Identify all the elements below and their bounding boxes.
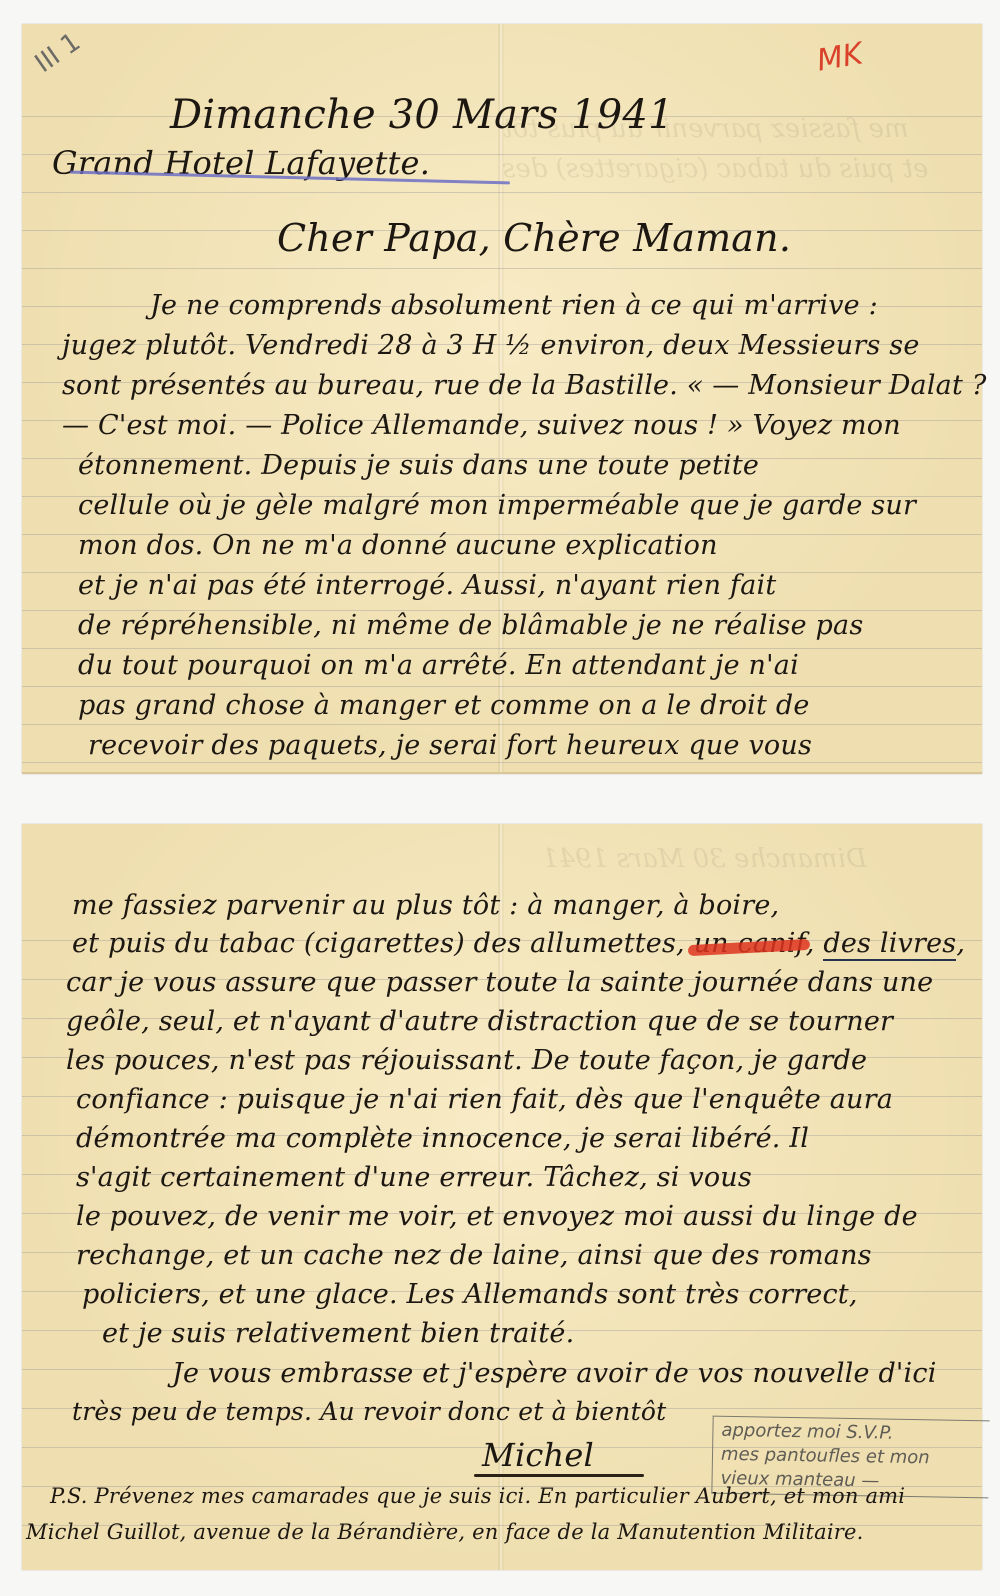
body-line: sont présentés au bureau, rue de la Bast… <box>62 370 987 401</box>
ruled-line <box>22 648 982 649</box>
body-line: pas grand chose à manger et comme on a l… <box>78 690 810 721</box>
body-line: démontrée ma complète innocence, je sera… <box>76 1123 809 1154</box>
body-line-with-edits: et puis du tabac (cigarettes) des allume… <box>72 928 965 959</box>
text-segment: , <box>956 928 965 959</box>
letter-page-1: me fassiez parvenir au plus tôt et puis … <box>22 24 982 774</box>
ruled-line <box>22 686 982 687</box>
body-line: s'agit certainement d'une erreur. Tâchez… <box>76 1162 752 1193</box>
text-segment: et puis du tabac (cigarettes) des allume… <box>72 928 694 959</box>
body-line: très peu de temps. Au revoir donc et à b… <box>72 1397 666 1426</box>
red-initials: MK <box>814 36 865 78</box>
ruled-line <box>22 724 982 725</box>
body-line: et je suis relativement bien traité. <box>102 1318 574 1349</box>
body-line: — C'est moi. — Police Allemande, suivez … <box>62 410 901 441</box>
salutation: Cher Papa, Chère Maman. <box>277 216 791 260</box>
body-line: le pouvez, de venir me voir, et envoyez … <box>76 1201 918 1232</box>
underlined-text: des livres <box>823 928 956 961</box>
letter-page-2: Dimanche 30 Mars 1941 me fassiez parveni… <box>22 824 982 1570</box>
ruled-line <box>22 192 982 193</box>
body-line: et je n'ai pas été interrogé. Aussi, n'a… <box>78 570 776 601</box>
ruled-line <box>22 268 982 269</box>
postscript-line: Michel Guillot, avenue de la Bérandière,… <box>26 1520 864 1544</box>
body-line: confiance : puisque je n'ai rien fait, d… <box>76 1084 893 1115</box>
body-line: rechange, et un cache nez de laine, ains… <box>76 1240 872 1271</box>
body-line: jugez plutôt. Vendredi 28 à 3 H ½ enviro… <box>62 330 920 361</box>
ruled-line <box>22 762 982 763</box>
body-line: Je ne comprends absolument rien à ce qui… <box>150 290 878 321</box>
body-line: recevoir des paquets, je serai fort heur… <box>88 730 812 761</box>
body-line: du tout pourquoi on m'a arrêté. En atten… <box>78 650 799 681</box>
body-line: étonnement. Depuis je suis dans une tout… <box>78 450 759 481</box>
signature-underline <box>474 1474 644 1477</box>
bleed-through-text: et puis du tabac (cigarettes) des <box>502 154 928 184</box>
body-line: car je vous assure que passer toute la s… <box>66 967 933 998</box>
struck-through-text: un canif <box>694 928 806 959</box>
body-line: mon dos. On ne m'a donné aucune explicat… <box>78 530 718 561</box>
letter-date: Dimanche 30 Mars 1941 <box>170 92 674 138</box>
body-line: me fassiez parvenir au plus tôt : à mang… <box>72 890 779 921</box>
signature: Michel <box>482 1436 594 1474</box>
bleed-through-text: Dimanche 30 Mars 1941 <box>542 844 867 874</box>
body-line: geôle, seul, et n'ayant d'autre distract… <box>66 1006 893 1037</box>
body-line: cellule où je gèle malgré mon imperméabl… <box>78 490 916 521</box>
archive-mark: III 1 <box>30 27 86 79</box>
body-line: Je vous embrasse et j'espère avoir de vo… <box>172 1358 937 1389</box>
body-line: de répréhensible, ni même de blâmable je… <box>78 610 863 641</box>
body-line: policiers, et une glace. Les Allemands s… <box>82 1279 858 1310</box>
postscript-line: P.S. Prévenez mes camarades que je suis … <box>50 1484 905 1508</box>
body-line: les pouces, n'est pas réjouissant. De to… <box>66 1045 867 1076</box>
